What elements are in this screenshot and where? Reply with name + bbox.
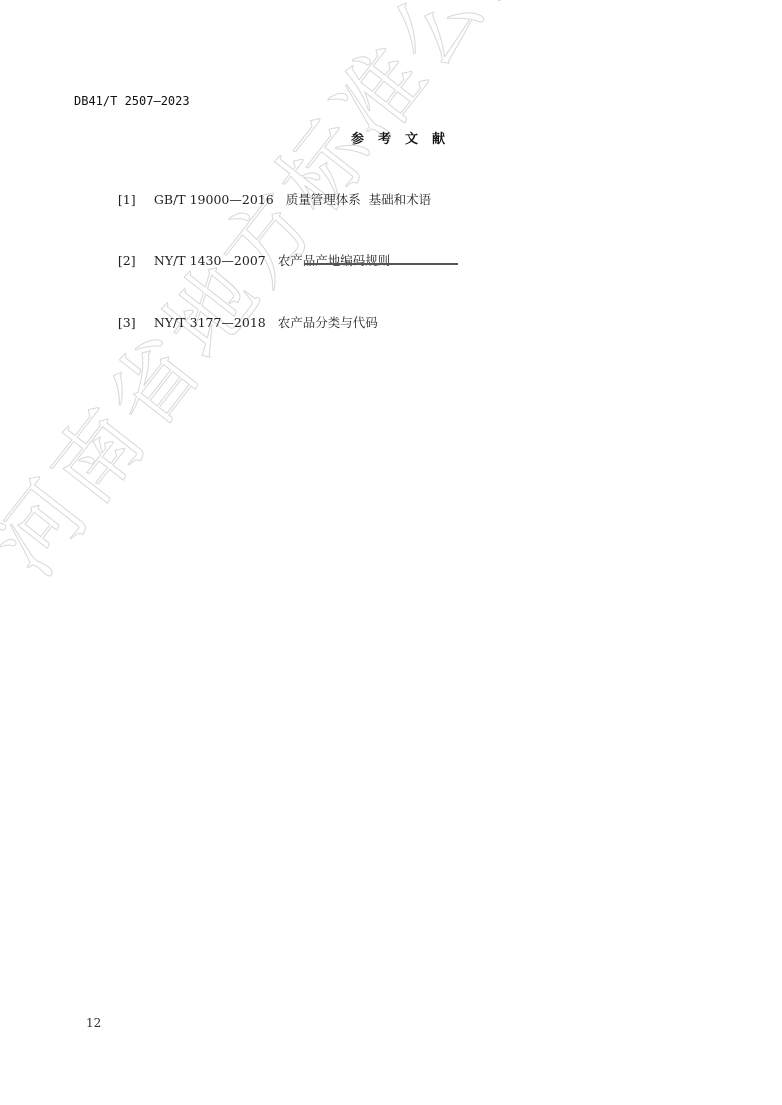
reference-number: [3] bbox=[118, 313, 154, 334]
reference-item: [3]NY/T 3177—2018农产品分类与代码 bbox=[102, 292, 431, 354]
reference-code: NY/T 1430—2007 bbox=[154, 253, 266, 268]
page-number: 12 bbox=[86, 1016, 101, 1030]
reference-item: [1]GB/T 19000—2016质量管理体系 基础和术语 bbox=[102, 169, 431, 231]
reference-list: [1]GB/T 19000—2016质量管理体系 基础和术语 [2]NY/T 1… bbox=[102, 169, 431, 354]
document-code: DB41/T 2507—2023 bbox=[74, 94, 190, 108]
reference-number: [2] bbox=[118, 251, 154, 272]
reference-title: 农产品产地编码规则 bbox=[278, 253, 391, 268]
reference-title: 农产品分类与代码 bbox=[278, 315, 378, 330]
reference-title: 质量管理体系 基础和术语 bbox=[286, 192, 431, 207]
reference-number: [1] bbox=[118, 190, 154, 211]
reference-item: [2]NY/T 1430—2007农产品产地编码规则 bbox=[102, 231, 431, 293]
reference-code: GB/T 19000—2016 bbox=[154, 192, 274, 207]
section-title: 参考文献 bbox=[0, 128, 782, 147]
end-of-document-rule bbox=[304, 263, 458, 265]
reference-code: NY/T 3177—2018 bbox=[154, 315, 266, 330]
